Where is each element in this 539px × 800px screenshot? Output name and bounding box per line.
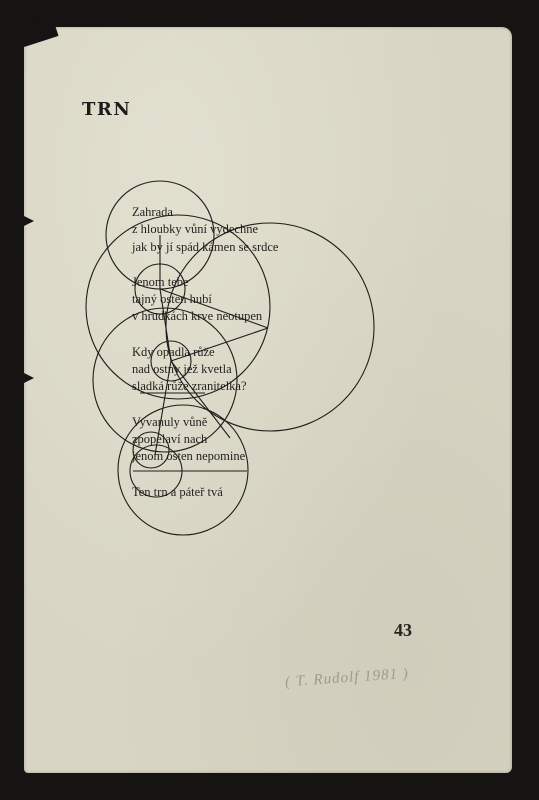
- poem-line: jenom osten nepomine: [132, 448, 278, 465]
- stanza-1: Zahrada z hloubky vůní vydechne jak by j…: [132, 204, 278, 256]
- page-number: 43: [394, 620, 412, 641]
- poem-line: zpopelaví nach: [132, 431, 278, 448]
- poem-line: jak by jí spád kámen se srdce: [132, 239, 278, 256]
- stanza-3: Kdy opadla růže nad ostny jež kvetla sla…: [132, 344, 278, 396]
- poem-line: tajný osten hubí: [132, 291, 278, 308]
- poem-body: Zahrada z hloubky vůní vydechne jak by j…: [132, 204, 278, 519]
- stanza-5: Ten trn a páteř tvá: [132, 484, 278, 501]
- poem-line: Zahrada: [132, 204, 278, 221]
- poem-line: sladká růže zranitelka?: [132, 378, 278, 395]
- stanza-4: Vyvanuly vůně zpopelaví nach jenom osten…: [132, 414, 278, 466]
- poem-line: nad ostny jež kvetla: [132, 361, 278, 378]
- poem-title: TRN: [82, 99, 131, 121]
- poem-line: Vyvanuly vůně: [132, 414, 278, 431]
- poem-line: v hrudkách krve neotupen: [132, 308, 278, 325]
- paper-tear-notch: [22, 215, 34, 227]
- poem-line: Kdy opadla růže: [132, 344, 278, 361]
- stanza-2: Jenom tebe tajný osten hubí v hrudkách k…: [132, 274, 278, 326]
- poem-line: Jenom tebe: [132, 274, 278, 291]
- poem-line: z hloubky vůní vydechne: [132, 221, 278, 238]
- paper-tear-notch: [22, 372, 34, 384]
- poem-line: Ten trn a páteř tvá: [132, 484, 278, 501]
